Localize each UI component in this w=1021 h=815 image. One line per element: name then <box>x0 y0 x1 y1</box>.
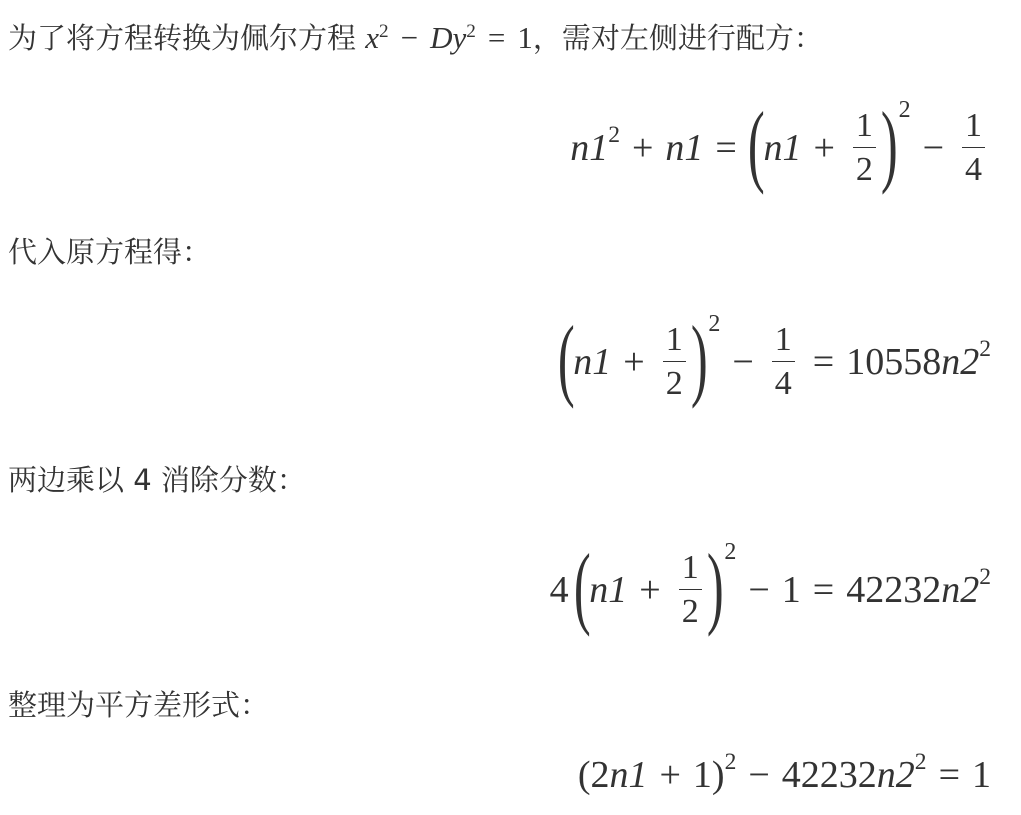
fraction-one-half: 12 <box>853 108 876 187</box>
fraction-one-half: 12 <box>679 550 702 629</box>
equation-multiplied: 4 ( n1 + 12 )2 − 1 = 42232n22 <box>550 530 991 650</box>
fraction-one-quarter: 14 <box>962 108 985 187</box>
intro-text-after: ，需对左侧进行配方： <box>533 21 823 55</box>
multiply-paragraph: 两边乘以 4 消除分数： <box>8 460 306 500</box>
equation-completing-square: n12 + n1 = ( n1 + 12 )2 − 14 <box>570 88 991 208</box>
pell-equation-inline: x2−Dy2=1 <box>365 20 533 55</box>
intro-text: 为了将方程转换为佩尔方程 <box>8 21 365 55</box>
substitute-paragraph: 代入原方程得： <box>8 232 211 272</box>
difference-of-squares-paragraph: 整理为平方差形式： <box>8 685 269 725</box>
fraction-one-quarter: 14 <box>772 322 795 401</box>
equation-pell-form: (2n1 + 1)2 − 42232n22 = 1 <box>578 745 991 805</box>
intro-paragraph: 为了将方程转换为佩尔方程 x2−Dy2=1，需对左侧进行配方： <box>8 18 823 63</box>
fraction-one-half: 12 <box>663 322 686 401</box>
equation-substituted: ( n1 + 12 )2 − 14 = 10558n22 <box>559 302 991 422</box>
